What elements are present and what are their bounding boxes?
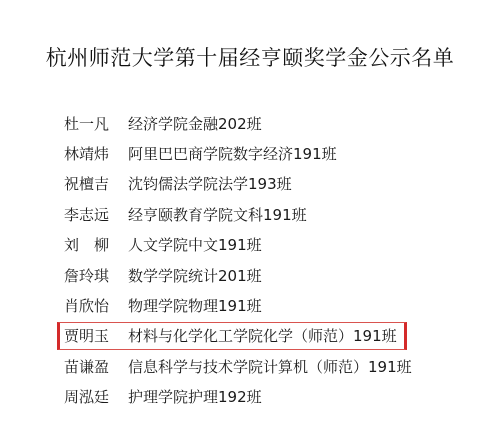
page-title: 杭州师范大学第十届经亨颐奖学金公示名单 [0,42,500,72]
list-item: 苗谦盈 信息科学与技术学院计算机（师范）191班 [64,351,412,381]
list-item: 李志远 经亨颐教育学院文科191班 [64,199,412,229]
list-item: 肖欣怡 物理学院物理191班 [64,290,412,320]
student-class: 经亨颐教育学院文科191班 [128,204,307,225]
list-item: 林靖炜 阿里巴巴商学院数字经济191班 [64,138,412,168]
student-name: 李志远 [64,204,128,225]
student-class: 阿里巴巴商学院数字经济191班 [128,143,337,164]
student-name: 苗谦盈 [64,356,128,377]
student-name: 刘柳 [64,234,128,255]
student-name: 杜一凡 [64,113,128,134]
student-name: 林靖炜 [64,143,128,164]
list-item: 祝檀吉 沈钧儒法学院法学193班 [64,169,412,199]
student-class: 材料与化学化工学院化学（师范）191班 [128,325,397,346]
list-item: 詹玲琪 数学学院统计201班 [64,260,412,290]
student-name: 贾明玉 [64,325,128,346]
student-name: 祝檀吉 [64,173,128,194]
student-class: 人文学院中文191班 [128,234,262,255]
highlighted-list-item: 贾明玉 材料与化学化工学院化学（师范）191班 [64,321,412,351]
list-item: 杜一凡 经济学院金融202班 [64,108,412,138]
student-class: 物理学院物理191班 [128,295,262,316]
student-class: 数学学院统计201班 [128,265,262,286]
list-item: 刘柳 人文学院中文191班 [64,230,412,260]
student-class: 沈钧儒法学院法学193班 [128,173,292,194]
student-class: 信息科学与技术学院计算机（师范）191班 [128,356,412,377]
student-name: 詹玲琪 [64,265,128,286]
list-item: 周泓廷 护理学院护理192班 [64,382,412,412]
student-name: 周泓廷 [64,386,128,407]
student-class: 经济学院金融202班 [128,113,262,134]
student-class: 护理学院护理192班 [128,386,262,407]
winner-list: 杜一凡 经济学院金融202班 林靖炜 阿里巴巴商学院数字经济191班 祝檀吉 沈… [64,108,412,412]
student-name: 肖欣怡 [64,295,128,316]
